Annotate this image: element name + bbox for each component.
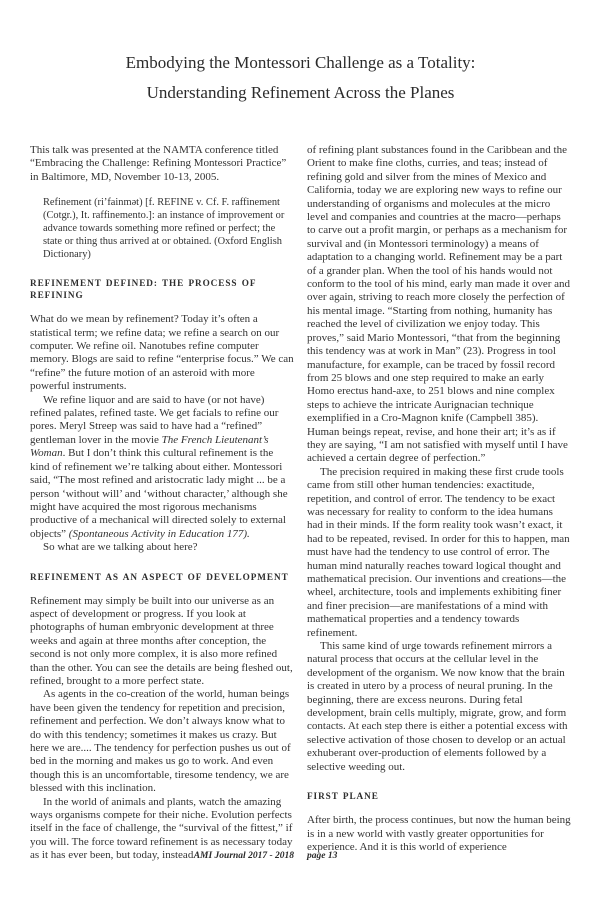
paragraph: We refine liquor and are said to have (o… bbox=[30, 394, 294, 541]
paragraph: Refinement may simply be built into our … bbox=[30, 595, 294, 689]
paragraph: What do we mean by refinement? Today it’… bbox=[30, 313, 294, 393]
paragraph: This same kind of urge towards refinemen… bbox=[307, 640, 571, 774]
document-page: Embodying the Montessori Challenge as a … bbox=[0, 0, 600, 900]
citation-italic: (Spontaneous Activity in Education 177). bbox=[69, 528, 250, 540]
paragraph-intro: This talk was presented at the NAMTA con… bbox=[30, 144, 294, 184]
two-column-body: This talk was presented at the NAMTA con… bbox=[30, 144, 571, 863]
journal-footer: AMI Journal 2017 - 2018 page 13 bbox=[30, 851, 571, 861]
paragraph-text: . But I don’t think this cultural refine… bbox=[30, 447, 288, 539]
paragraph: of refining plant substances found in th… bbox=[307, 144, 571, 466]
section-heading-refinement-as-aspect: REFINEMENT AS AN ASPECT OF DEVELOPMENT bbox=[30, 571, 294, 583]
paragraph: So what are we talking about here? bbox=[30, 541, 294, 554]
paragraph: After birth, the process continues, but … bbox=[307, 814, 571, 854]
section-heading-first-plane: FIRST PLANE bbox=[307, 790, 571, 802]
left-column: This talk was presented at the NAMTA con… bbox=[30, 144, 294, 863]
paragraph: The precision required in making these f… bbox=[307, 466, 571, 640]
section-heading-refinement-defined: REFINEMENT DEFINED: THE PROCESS OF REFIN… bbox=[30, 277, 294, 301]
article-title-line-2: Understanding Refinement Across the Plan… bbox=[30, 78, 571, 108]
journal-name: AMI Journal 2017 - 2018 bbox=[194, 851, 294, 861]
article-title-line-1: Embodying the Montessori Challenge as a … bbox=[30, 48, 571, 78]
paragraph: As agents in the co-creation of the worl… bbox=[30, 688, 294, 795]
right-column: of refining plant substances found in th… bbox=[307, 144, 571, 863]
article-title: Embodying the Montessori Challenge as a … bbox=[30, 48, 571, 108]
definition-quote: Refinement (ri’fainmət) [f. REFINE v. Cf… bbox=[43, 196, 294, 261]
page-number: page 13 bbox=[307, 851, 337, 861]
